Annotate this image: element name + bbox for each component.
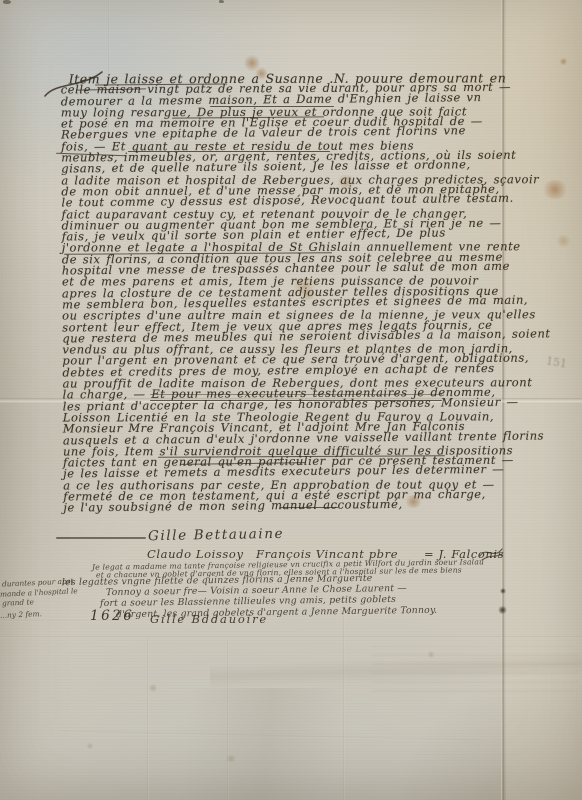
testament-body: Item je laisse et ordonne a Susanne .N. … [61, 71, 542, 514]
rust-stain [559, 58, 568, 65]
margin-note: ...ny 2 fem. [0, 609, 42, 620]
ink-blot [498, 606, 507, 614]
date-1626: 1626 [90, 608, 134, 624]
margin-note: mande a l'hospital le [0, 586, 78, 598]
witness-signature: Claudo Loissoy [147, 547, 244, 561]
rust-stain [244, 54, 260, 72]
crease [60, 731, 480, 742]
closing-signature: Gille Bddauoire [150, 612, 268, 626]
rust-stain [541, 180, 569, 199]
folio-number: 151 [545, 354, 568, 370]
signature-swash [56, 537, 146, 539]
verso-bleed-through [372, 646, 578, 692]
margin-note: grand te [2, 597, 34, 607]
paper-wrinkle [0, 688, 582, 800]
crease [227, 640, 229, 800]
edge-speck [219, 0, 224, 3]
foxing-spot [225, 755, 237, 762]
crease [343, 616, 345, 800]
ink-blot [500, 588, 506, 594]
crease [147, 638, 149, 800]
crease [0, 636, 582, 638]
manuscript-line: je l'ay soubsigné de mon seing manuel ac… [63, 498, 541, 514]
foxing-spot [86, 743, 94, 749]
testator-signature: Gille Bettauaine [148, 526, 284, 544]
tan-stain [555, 235, 572, 247]
edge-speck [3, 0, 11, 4]
foxing-spot [148, 684, 158, 692]
manuscript-photo: 151 Item je laisse et ordonne a Susanne … [0, 0, 582, 800]
